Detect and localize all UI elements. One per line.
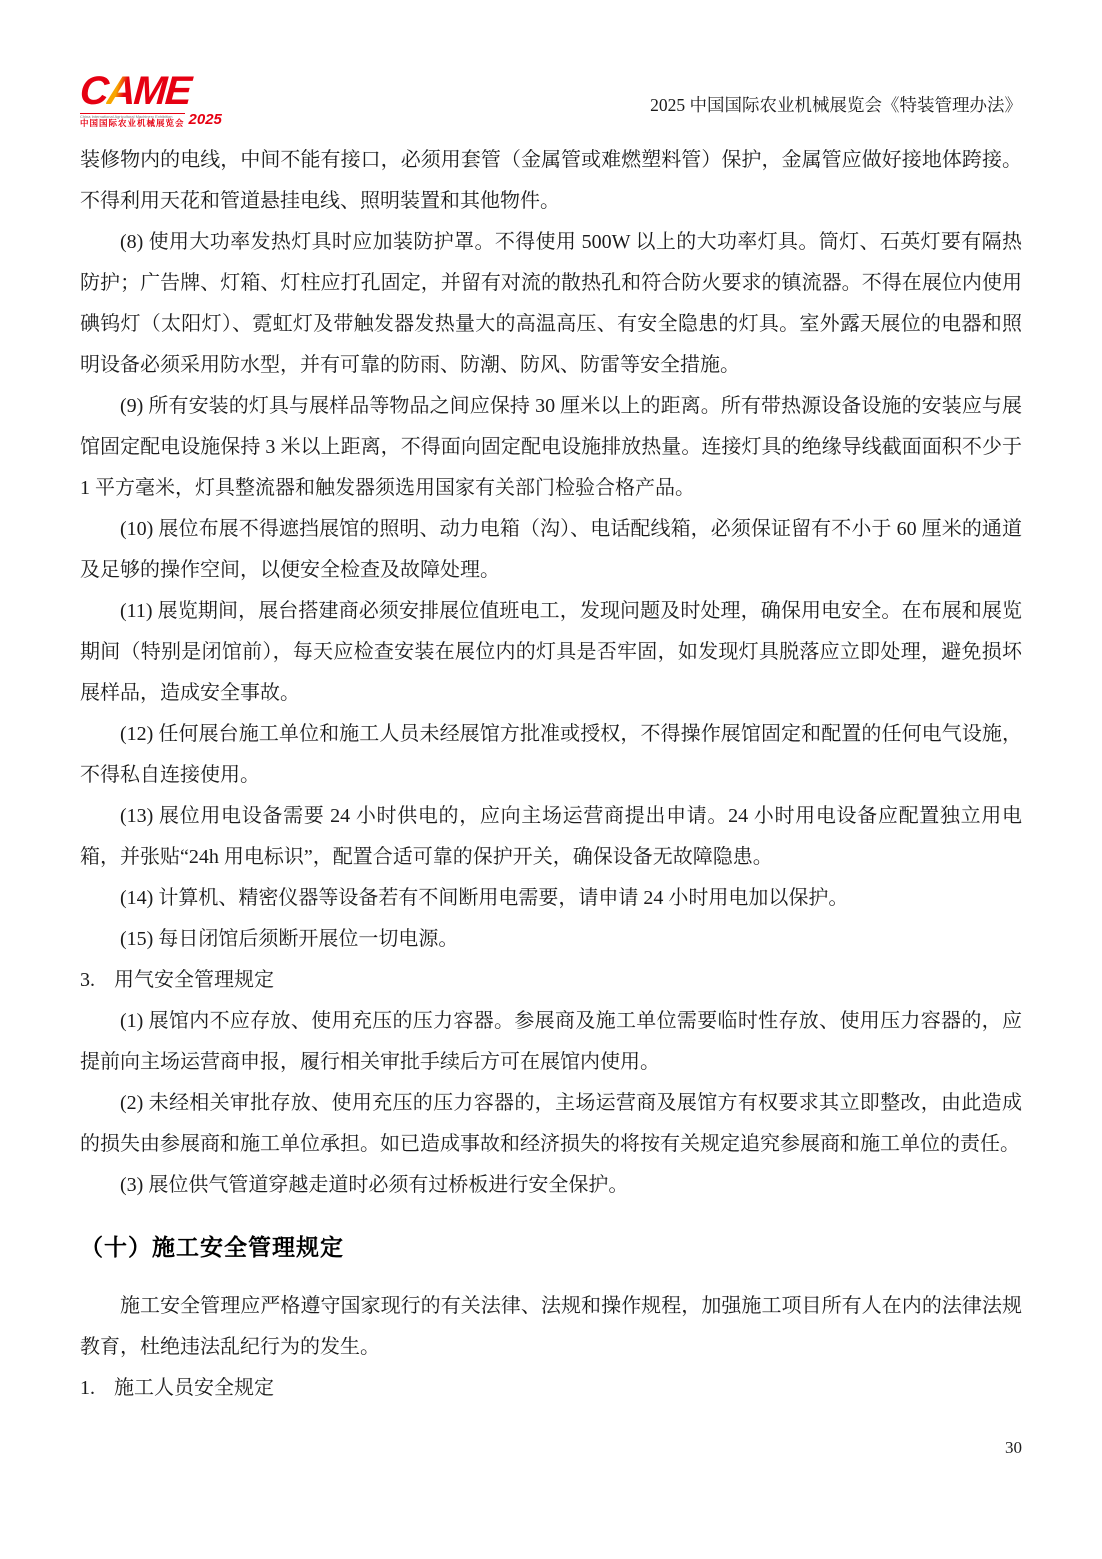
logo-wordmark: CAME	[79, 72, 232, 110]
list-text: 施工人员安全规定	[114, 1377, 274, 1399]
numbered-item: 1.施工人员安全规定	[80, 1368, 1022, 1409]
logo-sub-texts: China International Agricultural Machine…	[80, 113, 185, 128]
came-logo: CAME China International Agricultural Ma…	[80, 72, 230, 127]
body-paragraph: 装修物内的电线，中间不能有接口，必须用套管（金属管或难燃塑料管）保护，金属管应做…	[80, 140, 1022, 222]
body-paragraph: (2) 未经相关审批存放、使用充压的压力容器的，主场运营商及展馆方有权要求其立即…	[80, 1083, 1022, 1165]
logo-chinese-name: 中国国际农业机械展览会	[80, 119, 185, 128]
body-paragraph: (1) 展馆内不应存放、使用充压的压力容器。参展商及施工单位需要临时性存放、使用…	[80, 1001, 1022, 1083]
body-paragraph: 施工安全管理应严格遵守国家现行的有关法律、法规和操作规程，加强施工项目所有人在内…	[80, 1286, 1022, 1368]
body-paragraph: (13) 展位用电设备需要 24 小时供电的，应向主场运营商提出申请。24 小时…	[80, 796, 1022, 878]
logo-letter-c: C	[78, 69, 108, 113]
section-heading: （十）施工安全管理规定	[80, 1232, 1022, 1264]
body-paragraph: (10) 展位布展不得遮挡展馆的照明、动力电箱（沟）、电话配线箱，必须保证留有不…	[80, 509, 1022, 591]
list-text: 用气安全管理规定	[114, 969, 274, 991]
body-paragraph: (9) 所有安装的灯具与展样品等物品之间应保持 30 厘米以上的距离。所有带热源…	[80, 386, 1022, 509]
body-paragraph: (11) 展览期间，展台搭建商必须安排展位值班电工，发现问题及时处理，确保用电安…	[80, 591, 1022, 714]
logo-letter-e: E	[164, 69, 192, 113]
page-header: CAME China International Agricultural Ma…	[80, 0, 1022, 127]
document-body: 装修物内的电线，中间不能有接口，必须用套管（金属管或难燃塑料管）保护，金属管应做…	[80, 140, 1022, 1409]
body-paragraph: (3) 展位供气管道穿越走道时必须有过桥板进行安全保护。	[80, 1165, 1022, 1206]
logo-subline: China International Agricultural Machine…	[80, 112, 230, 127]
body-paragraph: (12) 任何展台施工单位和施工人员未经展馆方批准或授权，不得操作展馆固定和配置…	[80, 714, 1022, 796]
numbered-item: 3.用气安全管理规定	[80, 960, 1022, 1001]
logo-year: 2025	[189, 112, 222, 127]
header-title: 2025 中国国际农业机械展览会《特装管理办法》	[650, 92, 1022, 117]
page-number: 30	[1005, 1438, 1022, 1458]
body-paragraph: (15) 每日闭馆后须断开展位一切电源。	[80, 919, 1022, 960]
list-marker: 1.	[80, 1368, 114, 1409]
document-page: CAME China International Agricultural Ma…	[0, 0, 1102, 1559]
body-paragraph: (8) 使用大功率发热灯具时应加装防护罩。不得使用 500W 以上的大功率灯具。…	[80, 222, 1022, 386]
body-paragraph: (14) 计算机、精密仪器等设备若有不间断用电需要，请申请 24 小时用电加以保…	[80, 878, 1022, 919]
logo-letter-a: A	[105, 69, 135, 113]
logo-letter-m: M	[132, 69, 166, 113]
list-marker: 3.	[80, 960, 114, 1001]
